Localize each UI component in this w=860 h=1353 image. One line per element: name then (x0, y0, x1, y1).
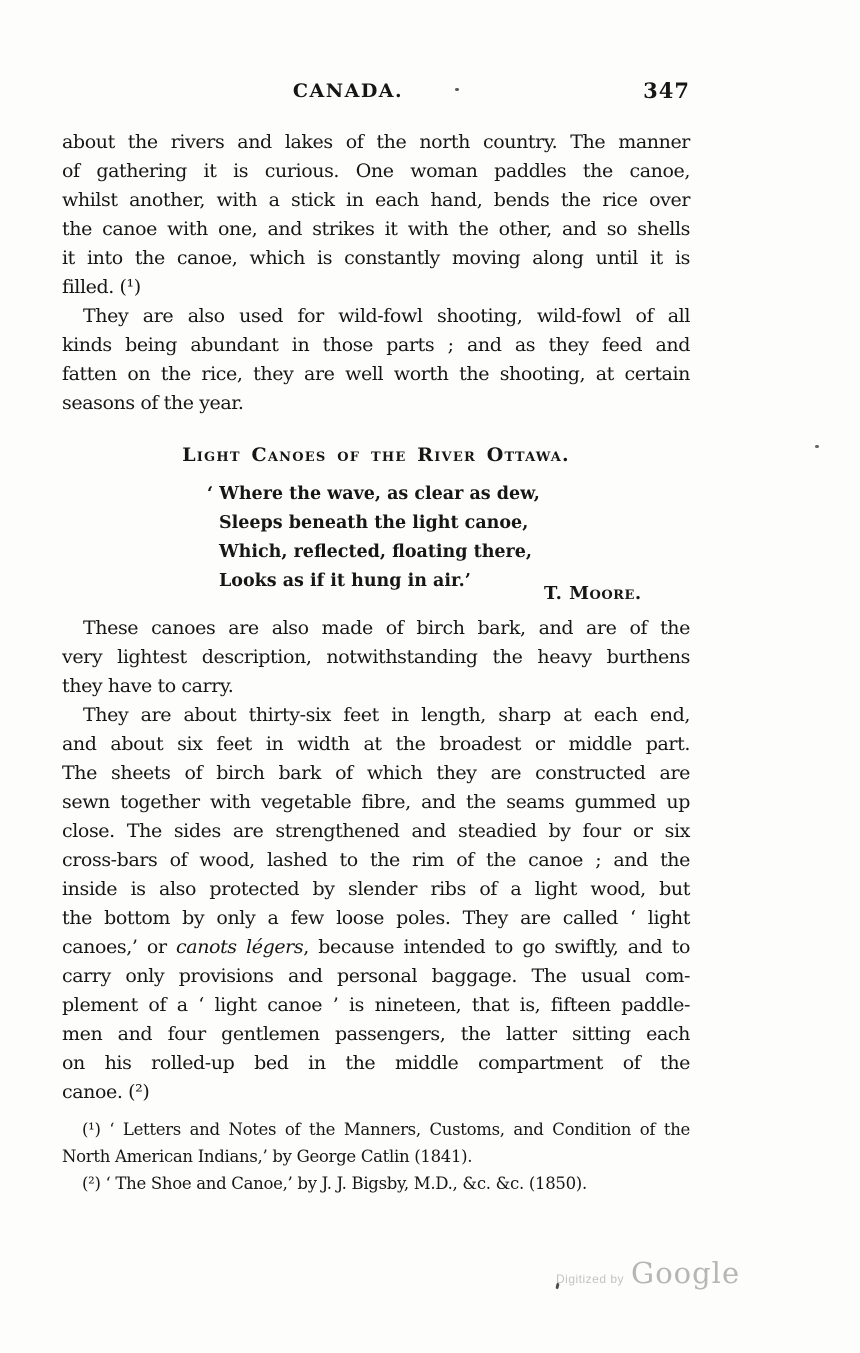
text-line: cross-bars of wood, lashed to the rim of… (62, 846, 690, 875)
text-line: kinds being abundant in those parts ; an… (62, 331, 690, 360)
text-line: canoe. (²) (62, 1078, 690, 1107)
italic-phrase: canots légers (176, 936, 303, 958)
poem-epigraph: ‘ Where the wave, as clear as dew,Sleeps… (207, 480, 627, 596)
text-line: fatten on the rice, they are well worth … (62, 360, 690, 389)
text-line: filled. (¹) (62, 273, 690, 302)
text-line: they have to carry. (62, 672, 690, 701)
scan-artifact-dot (815, 445, 819, 448)
google-books-watermark: Digitized by Google (556, 1256, 740, 1290)
paragraph-canoe-description: They are about thirty-six feet in length… (62, 701, 690, 1107)
text-line: close. The sides are strengthened and st… (62, 817, 690, 846)
text-line: These canoes are also made of birch bark… (62, 614, 690, 643)
paragraph-birch-bark: These canoes are also made of birch bark… (62, 614, 690, 701)
chapter-title: CANADA. (293, 80, 403, 102)
text-line: and about six feet in width at the broad… (62, 730, 690, 759)
text-line: plement of a ‘ light canoe ’ is nineteen… (62, 991, 690, 1020)
text-line: whilst another, with a stick in each han… (62, 186, 690, 215)
text-line: The sheets of birch bark of which they a… (62, 759, 690, 788)
text-line: ‘ Where the wave, as clear as dew, (207, 480, 627, 509)
text-line: on his rolled-up bed in the middle compa… (62, 1049, 690, 1078)
text-line: sewn together with vegetable fibre, and … (62, 788, 690, 817)
paragraph-rice-gathering: about the rivers and lakes of the north … (62, 128, 690, 302)
running-header: CANADA. 347 (62, 80, 690, 110)
paragraph-wild-fowl: They are also used for wild-fowl shootin… (62, 302, 690, 418)
text-line: Sleeps beneath the light canoe, (207, 509, 627, 538)
text-line: men and four gentlemen passengers, the l… (62, 1020, 690, 1049)
text-line: carry only provisions and personal bagga… (62, 962, 690, 991)
poem-attribution: T. Moore. (544, 583, 684, 604)
footnote-bigsby: (²) ‘ The Shoe and Canoe,’ by J. J. Bigs… (62, 1170, 690, 1197)
running-header-title: CANADA. (62, 80, 690, 102)
text-line: North American Indians,’ by George Catli… (62, 1143, 690, 1170)
text-line: canoes,’ or canots légers, because inten… (62, 933, 690, 962)
scan-artifact-dot (455, 88, 459, 91)
text-line: (¹) ‘ Letters and Notes of the Manners, … (62, 1116, 690, 1143)
digitized-by-label: Digitized by (556, 1272, 624, 1286)
text-line: seasons of the year. (62, 389, 690, 418)
text-line: Which, reflected, floating there, (207, 538, 627, 567)
text-line: it into the canoe, which is constantly m… (62, 244, 690, 273)
text-line: They are about thirty-six feet in length… (62, 701, 690, 730)
scanned-book-page: CANADA. 347 about the rivers and lakes o… (0, 0, 860, 1353)
text-line: They are also used for wild-fowl shootin… (62, 302, 690, 331)
text-line: inside is also protected by slender ribs… (62, 875, 690, 904)
text-line: of gathering it is curious. One woman pa… (62, 157, 690, 186)
text-line: (²) ‘ The Shoe and Canoe,’ by J. J. Bigs… (62, 1170, 690, 1197)
text-line: very lightest description, notwithstandi… (62, 643, 690, 672)
section-heading: Light Canoes of the River Ottawa. (62, 444, 690, 466)
text-line: about the rivers and lakes of the north … (62, 128, 690, 157)
text-line: the bottom by only a few loose poles. Th… (62, 904, 690, 933)
text-line: the canoe with one, and strikes it with … (62, 215, 690, 244)
google-logo: Google (631, 1256, 740, 1290)
page-number: 347 (643, 78, 690, 103)
footnote-catlin: (¹) ‘ Letters and Notes of the Manners, … (62, 1116, 690, 1170)
